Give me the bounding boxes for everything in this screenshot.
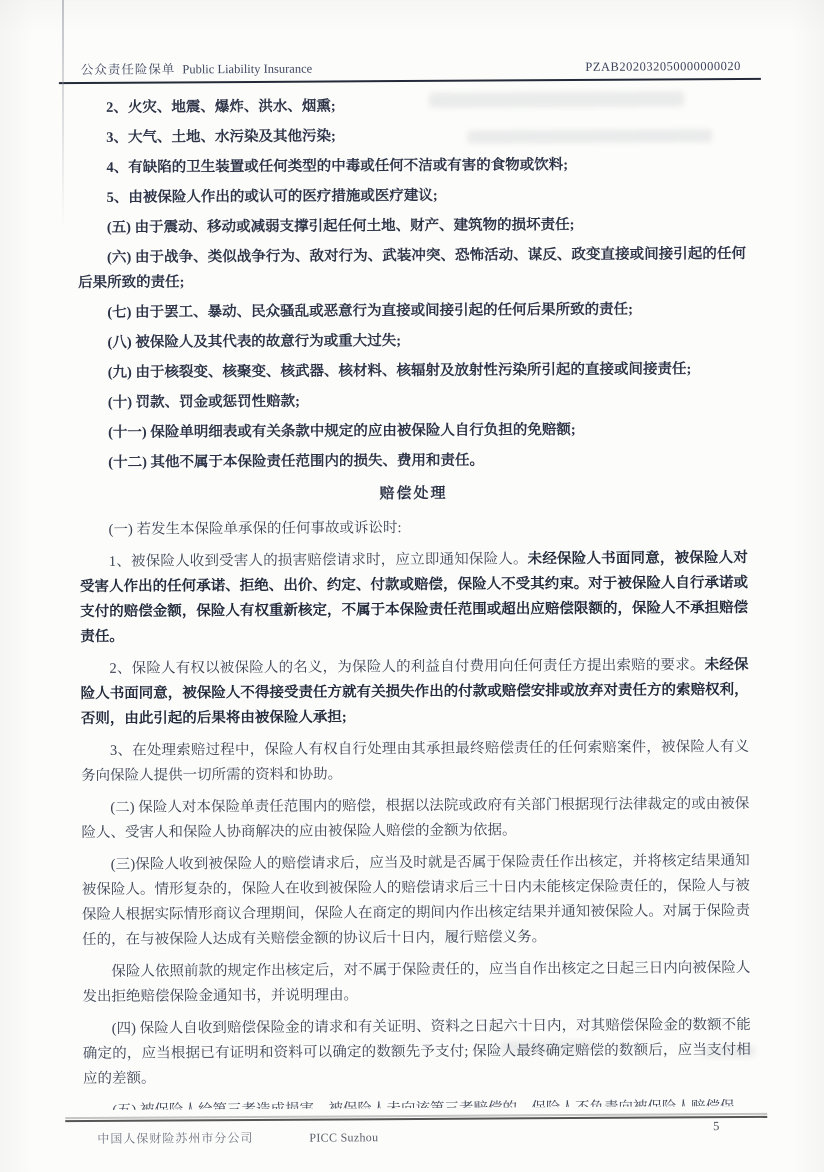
claims-paragraph: (四) 保险人自收到赔偿保险金的请求和有关证明、资料之日起六十日内，对其赔偿保险… [83,1013,751,1092]
paragraph-text: (四) 保险人自收到赔偿保险金的请求和有关证明、资料之日起六十日内，对其赔偿保险… [83,1017,751,1087]
scanned-document-page: 公众责任险保单Public Liability Insurance PZAB20… [0,0,824,1172]
paragraph-text: (二) 保险人对本保险单责任范围内的赔偿，根据以法院或政府有关部门根据现行法律裁… [81,796,749,841]
paragraph-text: 1、被保险人收到受害人的损害赔偿请求时，应立即通知保险人。 [109,551,528,570]
scan-content: 公众责任险保单Public Liability Insurance PZAB20… [0,0,824,1172]
document-body: 2、火灾、地震、爆炸、洪水、烟熏; 3、大气、土地、水污染及其他污染; 4、有缺… [77,92,751,1110]
claims-paragraph: 保险人依照前款的规定作出核定后，对不属于保险责任的，应当自作出核定之日起三日内向… [82,956,750,1010]
exclusion-item: (十二) 其他不属于本保险责任范围内的损失、费用和责任。 [79,447,747,476]
claims-paragraph: 1、被保险人收到受害人的损害赔偿请求时，应立即通知保险人。未经保险人书面同意，被… [80,546,749,650]
claims-paragraph: (五) 被保险人给第三者造成损害，被保险人未向该第三者赔偿的，保险人不负责向被保… [83,1095,751,1110]
header-rule [59,78,761,84]
exclusion-item: (九) 由于核裂变、核聚变、核武器、核材料、核辐射及放射性污染所引起的直接或间接… [79,357,747,386]
footer-company-zh: 中国人保财险苏州市分公司 [97,1131,253,1146]
paragraph-text: 2、保险人有权以被保险人的名义，为保险人的利益自付费用向任何责任方提出索赔的要求… [109,657,704,677]
page-footer: 中国人保财险苏州市分公司PICC Suzhou [97,1128,378,1147]
paragraph-text: (三)保险人收到被保险人的赔偿请求后，应当及时就是否属于保险责任作出核定，并将核… [82,853,750,948]
paragraph-text: (一) 若发生本保险单承保的任何事故或诉讼时: [109,520,402,538]
scan-edge-line [62,0,64,230]
policy-number: PZAB202032050000000020 [585,59,741,75]
scan-bleed-artifact [467,129,712,143]
exclusion-item: (五) 由于震动、移动或减弱支撑引起任何土地、财产、建筑物的损坏责任; [78,212,746,241]
footer-rule [65,1116,767,1122]
document-title-en: Public Liability Insurance [182,62,312,77]
paragraph-text: 3、在处理索赔过程中，保险人有权自行处理由其承担最终赔偿责任的任何索赔案件，被保… [81,739,749,784]
scan-bleed-artifact [501,1041,593,1054]
claims-paragraph: (三)保险人收到被保险人的赔偿请求后，应当及时就是否属于保险责任作出核定，并将核… [82,849,751,953]
paragraph-text: 保险人依照前款的规定作出核定后，对不属于保险责任的，应当自作出核定之日起三日内向… [82,960,750,1005]
section-title: 赔偿处理 [79,480,747,509]
scan-bleed-artifact [429,91,684,108]
exclusion-item: (七) 由于罢工、暴动、民众骚乱或恶意行为直接或间接引起的任何后果所致的责任; [78,297,746,326]
page-number: 5 [713,1119,719,1134]
document-title: 公众责任险保单Public Liability Insurance [81,59,312,78]
claims-paragraph: 2、保险人有权以被保险人的名义，为保险人的利益自付费用向任何责任方提出索赔的要求… [80,653,748,732]
footer-company-en: PICC Suzhou [309,1130,378,1144]
document-title-zh: 公众责任险保单 [81,62,176,77]
exclusion-item: (六) 由于战争、类似战争行为、敌对行为、武装冲突、恐怖活动、谋反、政变直接或间… [78,242,746,296]
scan-bleed-artifact [703,1046,755,1057]
exclusion-item: 5、由被保险人作出的或认可的医疗措施或医疗建议; [78,182,746,211]
claims-paragraph: (一) 若发生本保险单承保的任何事故或诉讼时: [80,514,748,543]
claims-paragraph: (二) 保险人对本保险单责任范围内的赔偿，根据以法院或政府有关部门根据现行法律裁… [81,792,749,846]
claims-paragraph: 3、在处理索赔过程中，保险人有权自行处理由其承担最终赔偿责任的任何索赔案件，被保… [81,735,749,789]
exclusion-item: (十) 罚款、罚金或惩罚性赔款; [79,387,747,416]
paragraph-text: (五) 被保险人给第三者造成损害，被保险人未向该第三者赔偿的，保险人不负责向被保… [112,1099,734,1110]
exclusion-item: (八) 被保险人及其代表的故意行为或重大过失; [78,327,746,356]
exclusion-item: 4、有缺陷的卫生装置或任何类型的中毒或任何不洁或有害的食物或饮料; [77,152,745,181]
page-header: 公众责任险保单Public Liability Insurance PZAB20… [81,56,741,78]
exclusion-item: (十一) 保险单明细表或有关条款中规定的应由被保险人自行负担的免赔额; [79,417,747,446]
